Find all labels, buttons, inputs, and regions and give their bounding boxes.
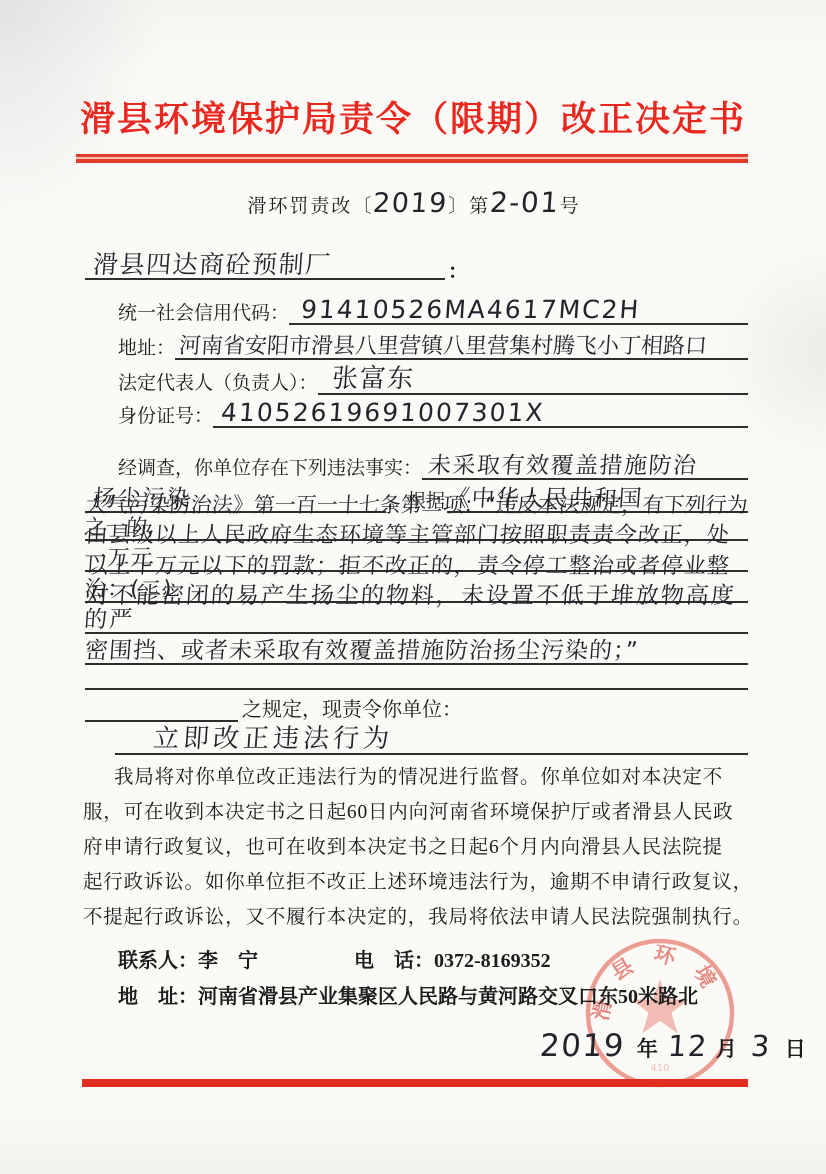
legal-line-4: 对不能密闭的易产生扬尘的物料，未设置不低于堆放物高度的严 bbox=[83, 584, 749, 632]
date-day-label: 日 bbox=[785, 1037, 806, 1061]
legal-rep-label: 法定代表人（负责人）： bbox=[118, 368, 318, 395]
credit-code-line: 91410526MA4617MC2H bbox=[289, 297, 748, 325]
date-year: 2019 bbox=[539, 1028, 626, 1064]
id-number-row: 身份证号： 41052619691007301X bbox=[118, 394, 748, 428]
contact-phone: 0372-8169352 bbox=[434, 950, 551, 972]
id-number-line: 41052619691007301X bbox=[213, 400, 748, 428]
date-month-label: 月 bbox=[716, 1037, 737, 1061]
page-title: 滑县环境保护局责令（限期）改正决定书 bbox=[0, 92, 826, 142]
legal-rep-line: 张富东 bbox=[318, 366, 748, 395]
address-line: 河南省安阳市滑县八里营镇八里营集村腾飞小丁相路口 bbox=[175, 335, 748, 360]
legal-rep-value: 张富东 bbox=[317, 366, 415, 393]
legal-line-5: 密围挡、或者未采取有效覆盖措施防治扬尘污染的；” bbox=[84, 639, 639, 663]
recipient-name-row: 滑县四达商砼预制厂 bbox=[85, 244, 445, 280]
credit-code-label: 统一社会信用代码： bbox=[118, 298, 289, 325]
supervision-paragraph: 我局将对你单位改正违法行为的情况进行监督。你单位如对本决定不 服，可在收到本决定… bbox=[83, 760, 751, 935]
doc-number-serial: 2-01 bbox=[489, 186, 561, 219]
date-row: 2019 年 12 月 3 日 bbox=[540, 1028, 806, 1064]
supervision-line-3: 府申请行政复议，也可在收到本决定书之日起6个月内向滑县人民法院提 bbox=[83, 830, 751, 865]
date-day: 3 bbox=[750, 1029, 772, 1063]
contact-person: 李 宁 bbox=[198, 950, 258, 972]
document-page: 滑县环境保护局 410 滑县环境保护局责令（限期）改正决定书 滑环罚责改〔201… bbox=[0, 0, 826, 1174]
bottom-red-rule bbox=[82, 1079, 748, 1087]
contact-addr: 河南省滑县产业集聚区人民路与黄河路交叉口东50米路北 bbox=[198, 986, 698, 1008]
legal-line-row: 对不能密闭的易产生扬尘的物料，未设置不低于堆放物高度的严 bbox=[85, 603, 748, 634]
address-value: 河南省安阳市滑县八里营镇八里营集村腾飞小丁相路口 bbox=[174, 335, 708, 358]
date-month: 12 bbox=[667, 1029, 709, 1063]
id-number-value: 41052619691007301X bbox=[212, 400, 545, 426]
contact-addr-label: 地 址： bbox=[118, 986, 198, 1008]
legal-line-row: 密围挡、或者未采取有效覆盖措施防治扬尘污染的；” bbox=[85, 634, 748, 665]
provision-row: 之规定，现责令你单位： bbox=[85, 698, 748, 722]
legal-rep-row: 法定代表人（负责人）： 张富东 bbox=[118, 359, 748, 395]
facts-intro-label: 经调查，你单位存在下列违法事实： bbox=[118, 453, 422, 480]
contact-row-2: 地 址：河南省滑县产业集聚区人民路与黄河路交叉口东50米路北 bbox=[118, 980, 778, 1009]
address-label: 地址： bbox=[118, 333, 175, 360]
doc-number: 滑环罚责改〔2019〕第2-01号 bbox=[0, 186, 826, 219]
doc-number-middle: 〕第 bbox=[448, 196, 490, 217]
order-line: 立即改正违法行为 bbox=[115, 726, 748, 755]
credit-code-row: 统一社会信用代码： 91410526MA4617MC2H bbox=[118, 290, 748, 325]
date-year-label: 年 bbox=[637, 1037, 658, 1061]
blank-short-line bbox=[85, 698, 238, 722]
order-row: 立即改正违法行为 bbox=[115, 722, 748, 755]
top-red-rule bbox=[76, 154, 748, 163]
contact-row-1: 联系人：李 宁 电 话：0372-8169352 bbox=[118, 944, 748, 973]
seal-code: 410 bbox=[650, 1063, 669, 1074]
credit-code-value: 91410526MA4617MC2H bbox=[288, 297, 641, 323]
recipient-name-line: 滑县四达商砼预制厂 bbox=[85, 252, 445, 280]
blank-line bbox=[85, 672, 748, 690]
id-number-label: 身份证号： bbox=[118, 401, 213, 428]
doc-number-prefix: 滑环罚责改〔 bbox=[247, 196, 373, 217]
contact-phone-label: 电 话： bbox=[354, 950, 434, 972]
order-value: 立即改正违法行为 bbox=[114, 726, 394, 753]
recipient-colon: ： bbox=[448, 255, 468, 284]
facts-line-1: 未采取有效覆盖措施防治 bbox=[422, 454, 748, 480]
facts-value-1: 未采取有效覆盖措施防治 bbox=[421, 454, 698, 478]
address-row: 地址： 河南省安阳市滑县八里营镇八里营集村腾飞小丁相路口 bbox=[118, 325, 748, 360]
supervision-line-5: 不提起行政诉讼，又不履行本决定的，我局将依法申请人民法院强制执行。 bbox=[83, 900, 751, 935]
contact-person-label: 联系人： bbox=[118, 950, 198, 972]
facts-intro-row: 经调查，你单位存在下列违法事实： 未采取有效覆盖措施防治 bbox=[118, 448, 748, 480]
supervision-line-4: 起行政诉讼。如你单位拒不改正上述环境违法行为，逾期不申请行政复议， bbox=[83, 865, 751, 900]
provision-label: 之规定，现责令你单位： bbox=[238, 693, 462, 722]
supervision-line-2: 服，可在收到本决定书之日起60日内向河南省环境保护厅或者滑县人民政 bbox=[83, 795, 751, 830]
recipient-name: 滑县四达商砼预制厂 bbox=[84, 252, 332, 278]
doc-number-suffix: 号 bbox=[560, 196, 579, 217]
doc-number-year: 2019 bbox=[372, 188, 449, 219]
supervision-line-1: 我局将对你单位改正违法行为的情况进行监督。你单位如对本决定不 bbox=[83, 760, 751, 795]
